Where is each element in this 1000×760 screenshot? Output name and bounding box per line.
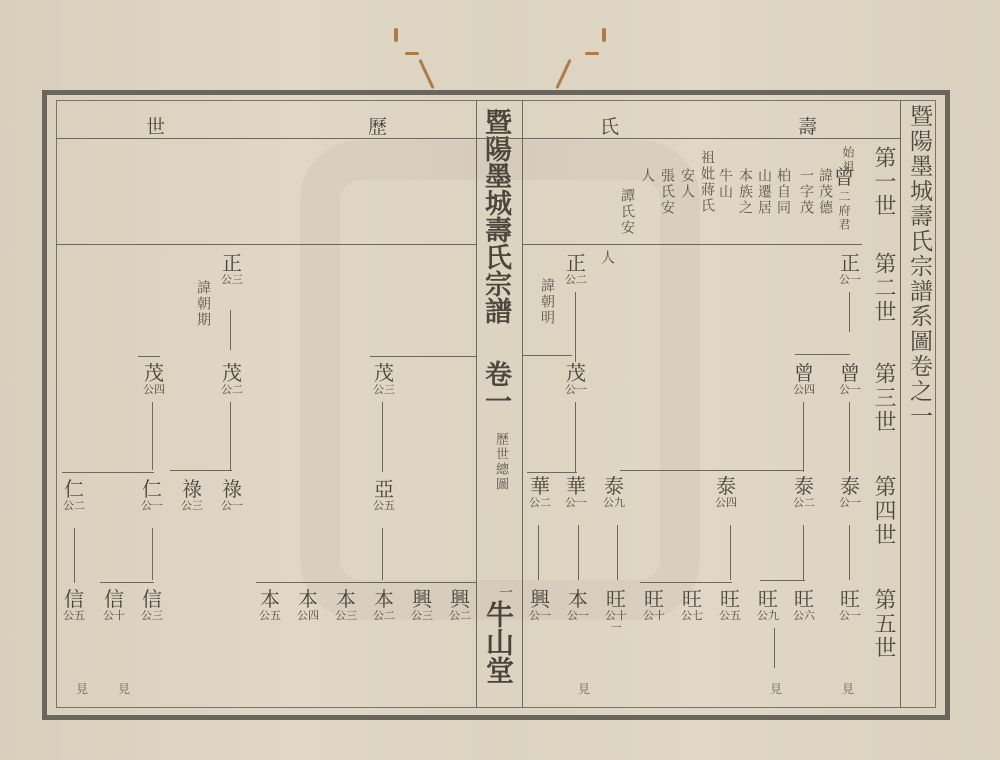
center-book-title: 暨陽墨城壽氏宗譜: [482, 108, 509, 324]
right-title: 暨陽墨城壽氏宗譜系圖卷之一: [907, 104, 930, 429]
bio-line-6: 牛山: [718, 168, 732, 200]
center-volume: 卷一: [482, 360, 509, 414]
hall-name: 牛山堂: [484, 600, 512, 684]
bio-line-1: 諱茂德: [818, 168, 832, 216]
ancestor-gen1: 曾: [830, 166, 858, 188]
header-rule: [56, 138, 900, 139]
person-gen2-zheng1: 正公一: [836, 252, 864, 286]
connector: [575, 402, 576, 472]
person-gen2-zheng3: 正公三: [218, 252, 246, 286]
gen2-rule-left: [56, 244, 476, 245]
person-gen5-xin5: 信公五: [60, 588, 88, 622]
connector: [230, 402, 231, 470]
person-gen2-zheng2: 正公二: [562, 252, 590, 286]
connector: [795, 354, 850, 355]
gen2-note-left: 諱朝期: [196, 280, 210, 328]
bio-line-12: 人: [600, 250, 614, 266]
gen-label-2: 第二世: [872, 252, 894, 324]
person-gen3-mao1: 茂公一: [562, 362, 590, 396]
center-section-title: 歷世總圖: [494, 432, 507, 492]
bio-line-2: 一字茂: [799, 168, 813, 216]
header-surname: 壽: [798, 112, 817, 139]
person-gen4-ya5: 亞公五: [370, 478, 398, 512]
header-clan: 氏: [600, 112, 619, 139]
gen1-rule: [522, 244, 862, 245]
person-gen5-xing3: 興公三: [408, 588, 436, 622]
person-gen3-mao4: 茂公四: [140, 362, 168, 396]
person-gen5-xing1: 興公一: [526, 588, 554, 622]
footer-mark: 見: [842, 680, 854, 697]
person-gen5-xing2: 興公二: [446, 588, 474, 622]
connector: [849, 402, 850, 472]
person-gen4-tai4: 泰公四: [712, 475, 740, 509]
header-world: 世: [146, 112, 165, 139]
bio-line-5: 本族之: [738, 168, 752, 216]
person-gen4-tai9: 泰公九: [600, 475, 628, 509]
bio-line-4: 山遷居: [757, 168, 771, 216]
person-gen5-ben4: 本公四: [294, 588, 322, 622]
connector: [100, 582, 154, 583]
connector: [152, 402, 153, 470]
connector: [803, 402, 804, 472]
center-divider-right: [522, 100, 523, 708]
footer-mark: 見: [118, 680, 130, 697]
person-gen5-xin3: 信公三: [138, 588, 166, 622]
gen-label-1: 第一世: [872, 146, 894, 218]
footer-mark: 見: [76, 680, 88, 697]
person-gen3-zeng1: 曾公一: [836, 362, 864, 396]
bio-line-10: 人: [640, 168, 654, 184]
connector: [849, 292, 850, 332]
person-gen5-wang10: 旺公十: [640, 588, 668, 622]
stain-mark: [602, 28, 606, 42]
connector: [803, 525, 804, 580]
person-gen4-hua1: 華公一: [562, 475, 590, 509]
person-gen5-ben1: 本公一: [564, 588, 592, 622]
connector: [62, 472, 154, 473]
footer-mark: 見: [578, 680, 590, 697]
stain-mark: [418, 59, 434, 89]
connector: [382, 528, 383, 580]
person-gen3-mao3: 茂公三: [370, 362, 398, 396]
bio-line-9: 張氏安: [660, 168, 674, 216]
person-gen3-mao2: 茂公二: [218, 362, 246, 396]
stain-mark: [555, 59, 571, 89]
gen2-rule-right: [522, 355, 572, 356]
person-gen5-xin10: 信公十: [100, 588, 128, 622]
person-gen4-lu1: 祿公一: [218, 478, 246, 512]
person-gen5-ben2: 本公二: [370, 588, 398, 622]
person-gen5-ben3: 本公三: [332, 588, 360, 622]
footer-mark: 見: [770, 680, 782, 697]
person-gen5-wang6: 旺公六: [790, 588, 818, 622]
connector: [138, 356, 160, 357]
connector: [774, 628, 775, 668]
connector: [575, 292, 576, 362]
connector: [620, 470, 804, 471]
connector: [74, 528, 75, 583]
title-divider: [900, 100, 901, 708]
connector: [230, 310, 231, 350]
scanned-page: 暨陽墨城壽氏宗譜 卷一 歷世總圖 一 牛山堂 暨陽墨城壽氏宗譜系圖卷之一 壽 氏…: [0, 0, 1000, 760]
person-gen5-wang5: 旺公五: [716, 588, 744, 622]
connector: [370, 356, 476, 357]
connector: [617, 525, 618, 580]
person-gen5-wang9: 旺公九: [754, 588, 782, 622]
connector: [170, 470, 232, 471]
bio-line-11: 譚氏安: [620, 188, 634, 236]
person-gen3-zeng4: 曾公四: [790, 362, 818, 396]
gen-label-4: 第四世: [872, 475, 894, 547]
bio-line-8: 安人: [680, 168, 694, 200]
gen2-note-right: 諱朝明: [540, 278, 554, 326]
person-gen4-lu3: 祿公三: [178, 478, 206, 512]
connector: [382, 402, 383, 472]
gen-label-5: 第五世: [872, 588, 894, 660]
bio-line-7: 祖妣蔣氏: [700, 150, 714, 214]
connector: [849, 525, 850, 580]
gen1-suffix: 二府君: [838, 190, 850, 232]
connector: [578, 525, 579, 580]
stain-mark: [585, 52, 599, 55]
header-generations: 歷: [368, 112, 387, 139]
connector: [527, 472, 577, 473]
person-gen5-wang1: 旺公一: [836, 588, 864, 622]
stain-mark: [394, 28, 398, 42]
gen-label-3: 第三世: [872, 362, 894, 434]
person-gen4-hua2: 華公二: [526, 475, 554, 509]
person-gen4-ren1: 仁公一: [138, 478, 166, 512]
person-gen4-tai1: 泰公一: [836, 475, 864, 509]
page-number: 一: [498, 585, 512, 601]
bio-line-3: 柏自同: [776, 168, 790, 216]
person-gen4-ren2: 仁公二: [60, 478, 88, 512]
center-divider-left: [476, 100, 477, 708]
connector: [760, 580, 805, 581]
connector: [640, 582, 732, 583]
connector: [152, 528, 153, 580]
connector: [730, 525, 731, 580]
person-gen5-wang11: 旺公十一: [602, 588, 630, 634]
connector: [256, 582, 476, 583]
person-gen4-tai2: 泰公二: [790, 475, 818, 509]
stain-mark: [405, 52, 419, 55]
connector: [538, 525, 539, 580]
person-gen5-ben5: 本公五: [256, 588, 284, 622]
person-gen5-wang7: 旺公七: [678, 588, 706, 622]
